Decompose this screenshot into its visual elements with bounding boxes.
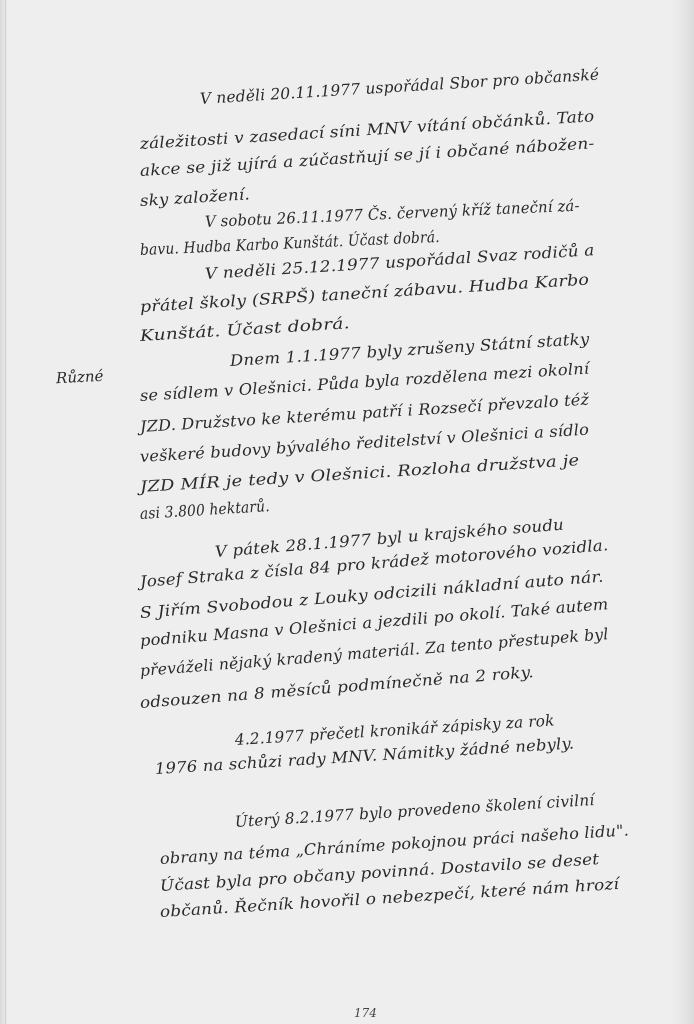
margin-note: Různé <box>56 367 104 387</box>
handwritten-line: V sobotu 26.11.1977 Čs. červený kříž tan… <box>205 197 580 231</box>
handwritten-line: sky založení. <box>139 185 250 210</box>
scanned-page: Různé V neděli 20.11.1977 uspořádal Sbor… <box>0 0 694 1024</box>
handwritten-line: Kunštát. Účast dobrá. <box>139 314 350 345</box>
page-number: 174 <box>354 1006 377 1020</box>
handwritten-line: V neděli 20.11.1977 uspořádal Sbor pro o… <box>199 66 599 108</box>
handwritten-line: asi 3.800 hektarů. <box>139 497 270 523</box>
handwritten-line: Úterý 8.2.1977 bylo provedeno školení ci… <box>234 791 594 831</box>
binding-edge <box>5 0 6 1024</box>
